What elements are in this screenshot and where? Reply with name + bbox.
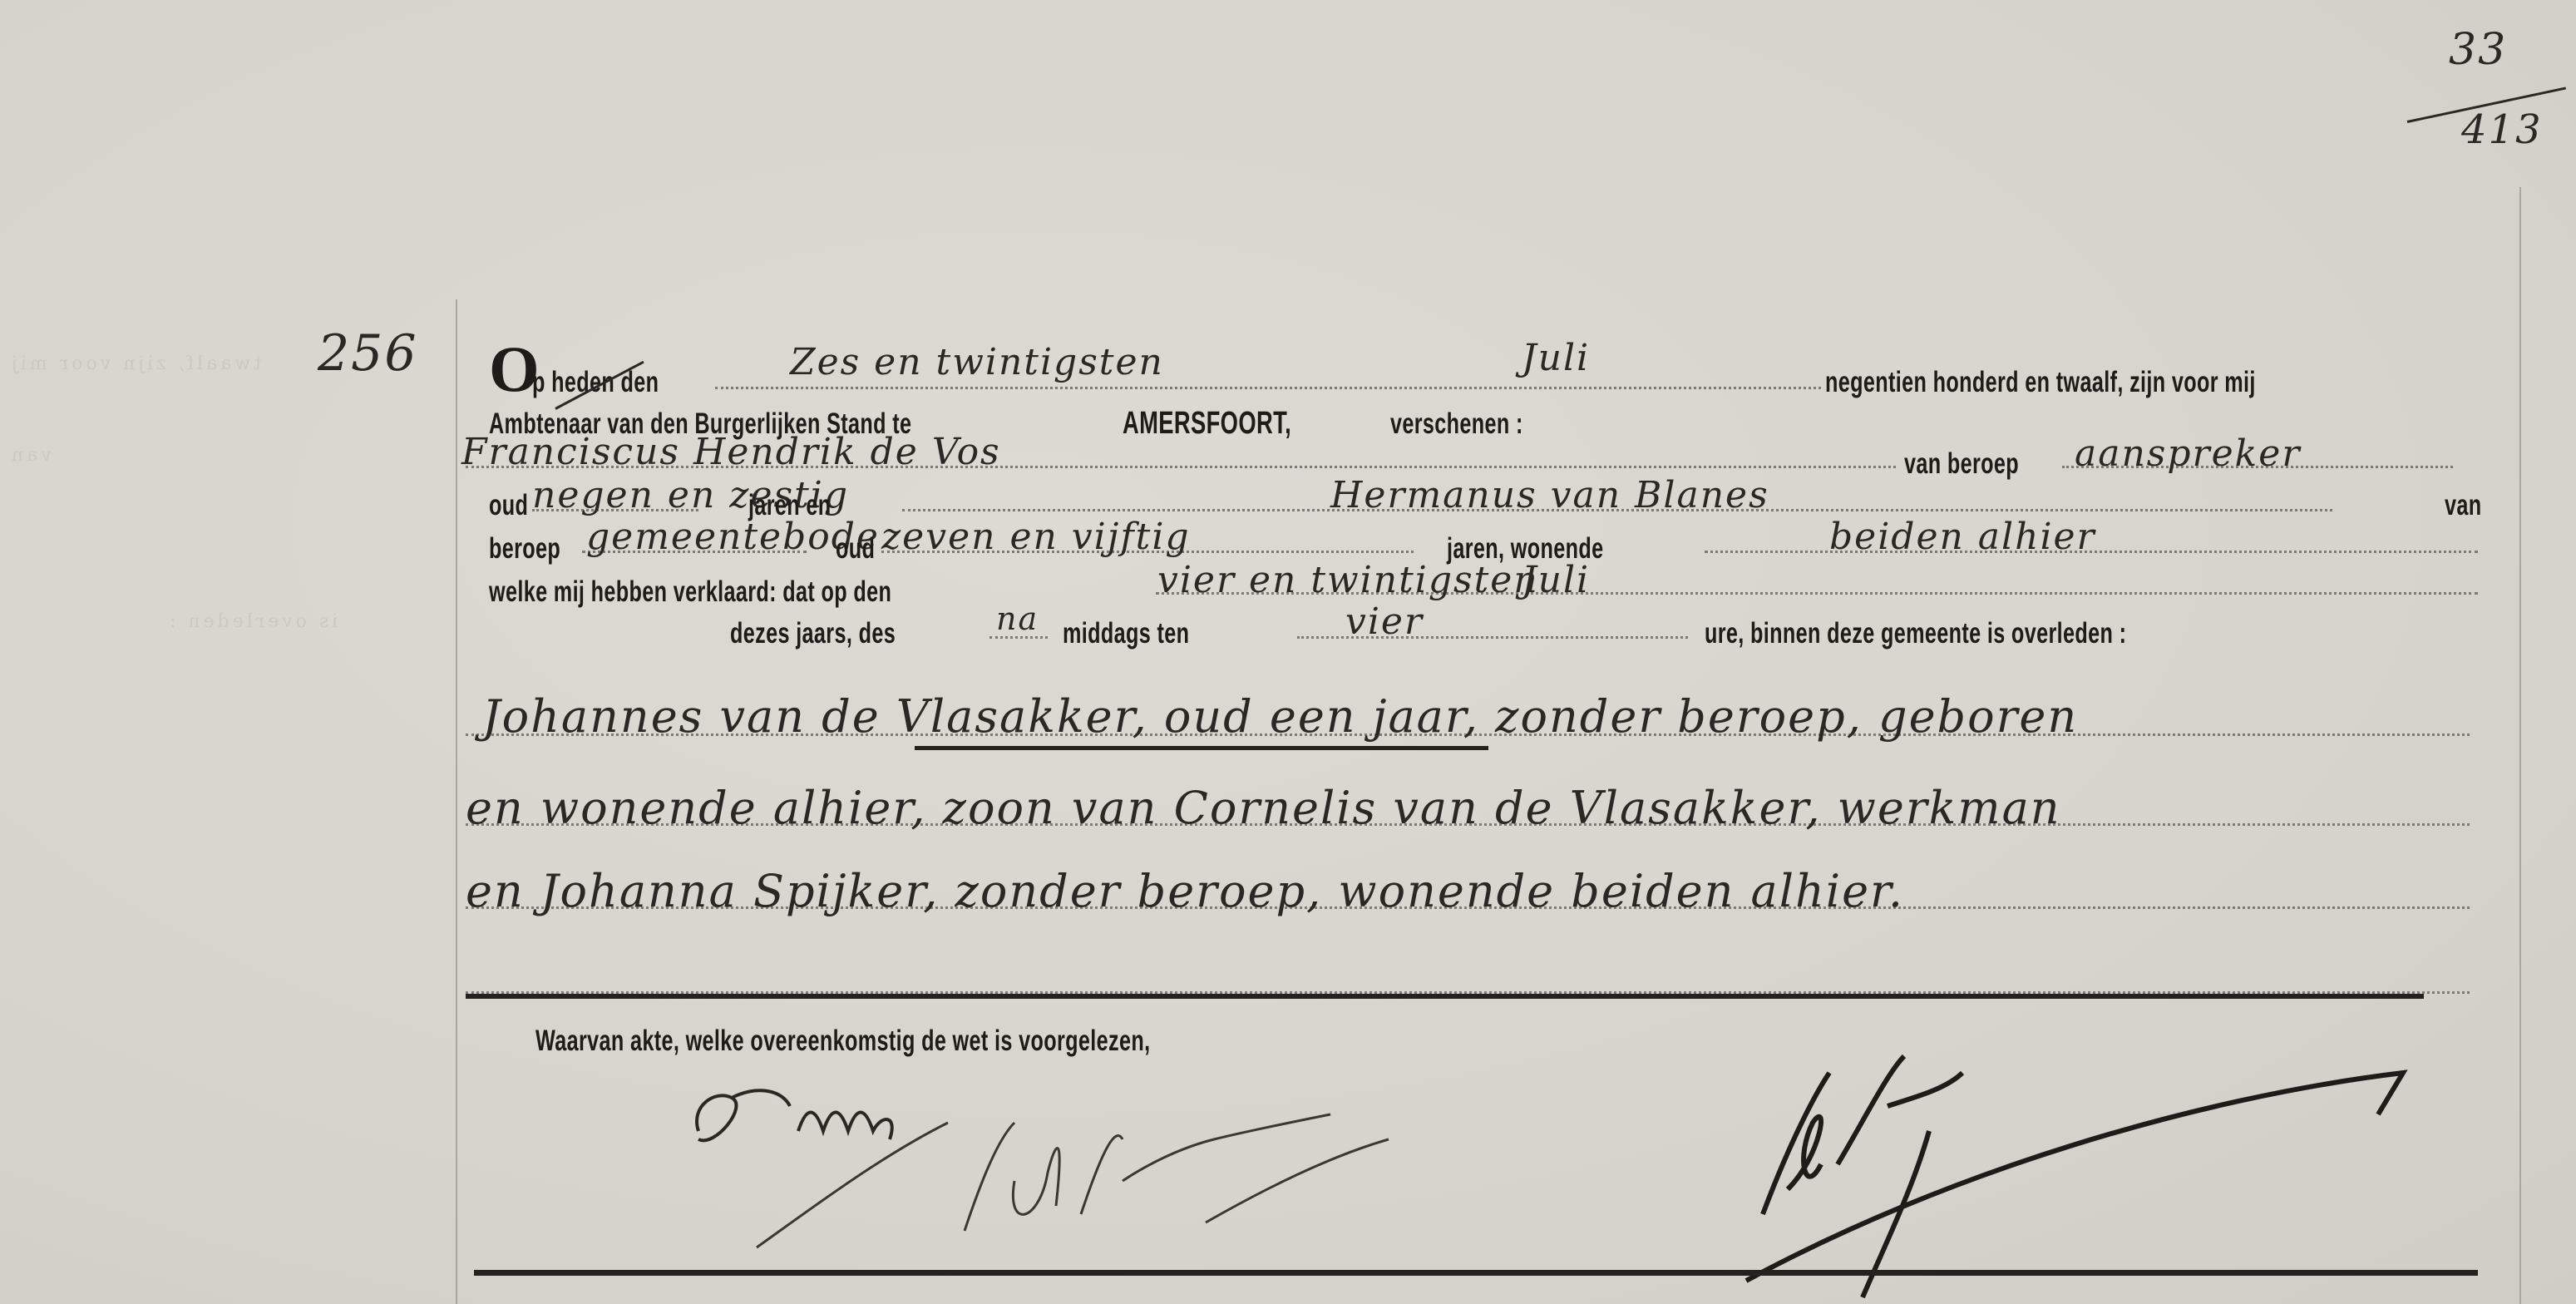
declarants-residence: beiden alhier [1829, 516, 2096, 558]
declarant-2-name: Hermanus van Blanes [1330, 474, 1769, 516]
record-number: 256 [318, 324, 418, 383]
left-margin-line [456, 299, 457, 1304]
bleed-through-text: twaalf, zijn voor mij [8, 353, 261, 374]
printed-verschenen: verschenen : [1390, 407, 1523, 441]
printed-op-heden-den: p heden den [532, 366, 659, 399]
printed-welke-mij: welke mij hebben verklaard: dat op den [489, 575, 891, 609]
deceased-line-1: Johannes van de Vlasakker, oud een jaar,… [482, 690, 2078, 743]
printed-van-beroep: van beroep [1904, 447, 2019, 481]
right-margin-line [2519, 187, 2521, 1304]
printed-dezes-jaars: dezes jaars, des [730, 617, 896, 650]
dotted-line [715, 387, 1821, 389]
declarant-1-name: Franciscus Hendrik de Vos [461, 431, 1001, 473]
declarant-2-age: zeven en vijftig [881, 516, 1191, 558]
death-date: vier en twintigsten [1157, 559, 1539, 601]
printed-ure-binnen: ure, binnen deze gemeente is overleden : [1705, 617, 2126, 650]
document-page: twaalf, zijn voor mij van is overleden :… [0, 0, 2576, 1304]
page-number-top: 33 [2449, 25, 2507, 75]
printed-middags-ten: middags ten [1063, 617, 1189, 650]
printed-oud-2: oud [836, 532, 875, 566]
name-underline [915, 746, 1488, 750]
declarant-1-occupation: aanspreker [2075, 432, 2301, 475]
section-rule [466, 994, 2424, 999]
deceased-line-2: en wonende alhier, zoon van Cornelis van… [466, 782, 2061, 834]
page-number-bottom: 413 [2461, 106, 2543, 153]
death-hour: vier [1345, 600, 1424, 643]
printed-van: van [2445, 489, 2482, 522]
printed-oud: oud [489, 489, 528, 522]
bleed-through-text: van [8, 445, 52, 466]
bottom-rule [474, 1270, 2478, 1276]
printed-beroep: beroep [489, 532, 560, 566]
handwritten-month: Juli [1522, 337, 1590, 379]
signature-officer [1696, 1048, 2445, 1297]
ampm-value: na [996, 600, 1039, 637]
deceased-line-3: en Johanna Spijker, zonder beroep, wonen… [466, 865, 1904, 917]
signature-declarant-2 [748, 1106, 1580, 1289]
bleed-through-text: is overleden : [166, 611, 338, 632]
printed-year: negentien honderd en twaalf, zijn voor m… [1825, 366, 2256, 399]
closing-statement: Waarvan akte, welke overeenkomstig de we… [535, 1025, 1150, 1058]
printed-place: AMERSFOORT, [1123, 406, 1291, 442]
handwritten-day: Zes en twintigsten [790, 341, 1164, 383]
death-month: Juli [1522, 559, 1590, 601]
